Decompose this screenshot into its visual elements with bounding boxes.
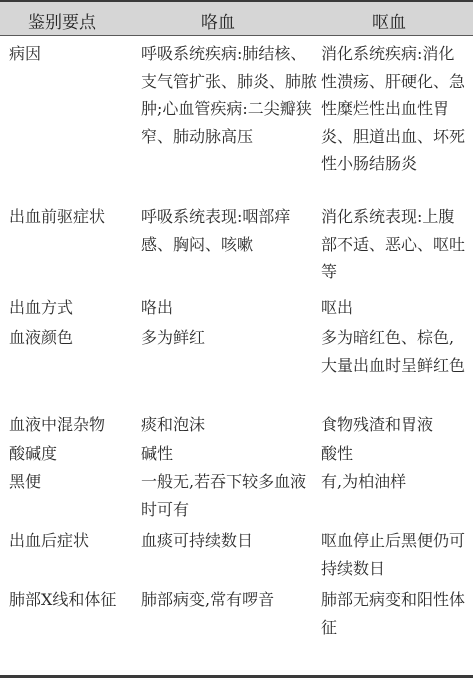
row-label: 血液颜色: [0, 321, 141, 408]
row-label: 出血后症状: [0, 524, 141, 583]
header-hemoptysis: 咯血: [201, 8, 235, 33]
row-label: 酸碱度: [0, 437, 141, 465]
table-row-cause: 病因 呼吸系统疾病:肺结核、支气管扩张、肺炎、肺脓肿;心血管疾病:二尖瓣狭窄、肺…: [0, 37, 473, 200]
hemoptysis-cell: 多为鲜红: [141, 321, 321, 408]
hematemesis-cell: 肺部无病变和阳性体征: [321, 583, 473, 643]
table-row-bleeding-mode: 出血方式 咯出 呕出: [0, 291, 473, 321]
hematemesis-cell: 呕出: [321, 291, 473, 321]
table-header: 鉴别要点 咯血 呕血: [0, 2, 473, 36]
hemoptysis-cell: 痰和泡沫: [141, 408, 321, 437]
table-row-post-bleeding: 出血后症状 血痰可持续数日 呕血停止后黑便仍可持续数日: [0, 524, 473, 583]
header-hematemesis: 呕血: [372, 8, 406, 33]
table-row-prodrome: 出血前驱症状 呼吸系统表现:咽部痒感、胸闷、咳嗽 消化系统表现:上腹部不适、恶心…: [0, 200, 473, 291]
hematemesis-cell: 有,为柏油样: [321, 465, 473, 524]
hemoptysis-cell: 肺部病变,常有啰音: [141, 583, 321, 643]
header-key-points: 鉴别要点: [28, 8, 96, 33]
row-label: 出血前驱症状: [0, 200, 141, 291]
hemoptysis-cell: 碱性: [141, 437, 321, 465]
hematemesis-cell: 食物残渣和胃液: [321, 408, 473, 437]
comparison-table: 鉴别要点 咯血 呕血 病因 呼吸系统疾病:肺结核、支气管扩张、肺炎、肺脓肿;心血…: [0, 0, 473, 679]
hematemesis-cell: 消化系统表现:上腹部不适、恶心、呕吐等: [321, 200, 473, 291]
hemoptysis-cell: 呼吸系统表现:咽部痒感、胸闷、咳嗽: [141, 200, 321, 291]
hematemesis-cell: 酸性: [321, 437, 473, 465]
table-row-melena: 黑便 一般无,若吞下较多血液时可有 有,为柏油样: [0, 465, 473, 524]
table-row-lung-xray: 肺部X线和体征 肺部病变,常有啰音 肺部无病变和阳性体征: [0, 583, 473, 643]
table-row-admixture: 血液中混杂物 痰和泡沫 食物残渣和胃液: [0, 408, 473, 437]
row-label: 肺部X线和体征: [0, 583, 141, 643]
hematemesis-cell: 消化系统疾病:消化性溃疡、肝硬化、急性糜烂性出血性胃炎、胆道出血、坏死性小肠结肠…: [321, 37, 473, 200]
hemoptysis-cell: 呼吸系统疾病:肺结核、支气管扩张、肺炎、肺脓肿;心血管疾病:二尖瓣狭窄、肺动脉高…: [141, 37, 321, 200]
table-row-blood-color: 血液颜色 多为鲜红 多为暗红色、棕色,大量出血时呈鲜红色: [0, 321, 473, 408]
hemoptysis-cell: 血痰可持续数日: [141, 524, 321, 583]
table-bottom-rule: [0, 675, 473, 678]
hematemesis-cell: 呕血停止后黑便仍可持续数日: [321, 524, 473, 583]
hematemesis-cell: 多为暗红色、棕色,大量出血时呈鲜红色: [321, 321, 473, 408]
row-label: 病因: [0, 37, 141, 200]
row-label: 黑便: [0, 465, 141, 524]
row-label: 出血方式: [0, 291, 141, 321]
hemoptysis-cell: 咯出: [141, 291, 321, 321]
hemoptysis-cell: 一般无,若吞下较多血液时可有: [141, 465, 321, 524]
table-row-ph: 酸碱度 碱性 酸性: [0, 437, 473, 465]
table-body: 病因 呼吸系统疾病:肺结核、支气管扩张、肺炎、肺脓肿;心血管疾病:二尖瓣狭窄、肺…: [0, 37, 473, 643]
row-label: 血液中混杂物: [0, 408, 141, 437]
